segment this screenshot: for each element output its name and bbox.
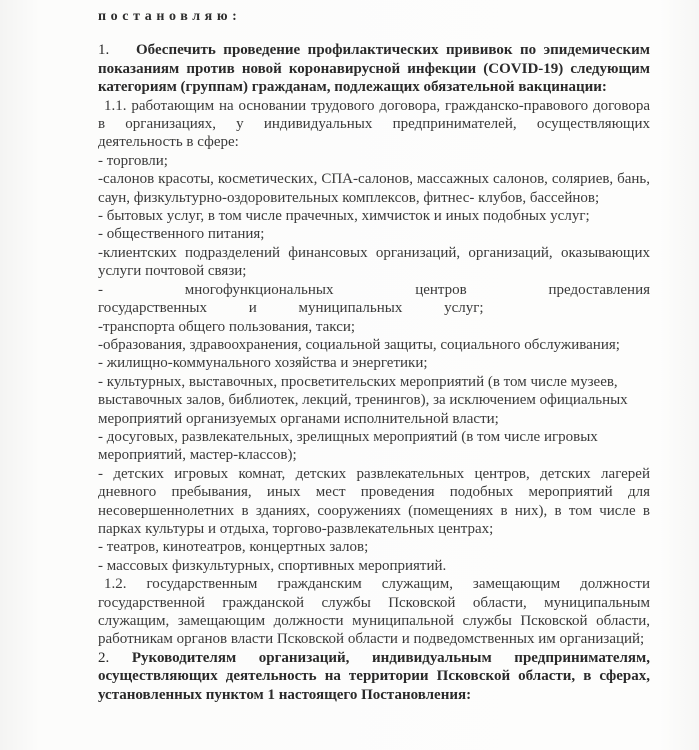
item-1-1-text: работающим на основании трудового догово… <box>98 98 650 151</box>
item-2-text: Руководителям организаций, индивидуальны… <box>98 650 650 703</box>
sphere-item: -клиентских подразделений финансовых орг… <box>98 244 650 281</box>
sphere-item: - бытовых услуг, в том числе прачечных, … <box>98 207 650 225</box>
item-1-text: Обеспечить проведение профилактических п… <box>98 42 650 95</box>
document-body: постановляю: 1.Обеспечить проведение про… <box>98 8 650 704</box>
sphere-item: - общественного питания; <box>98 225 650 243</box>
item-1-1: 1.1. работающим на основании трудового д… <box>98 97 650 152</box>
sphere-item: - массовых физкультурных, спортивных мер… <box>98 557 650 575</box>
document-page: постановляю: 1.Обеспечить проведение про… <box>0 0 699 750</box>
item-1: 1.Обеспечить проведение профилактических… <box>98 41 650 96</box>
item-1-number: 1. <box>98 41 136 59</box>
sphere-item: - досуговых, развлекательных, зрелищных … <box>98 428 650 465</box>
item-2: 2. Руководителям организаций, индивидуал… <box>98 649 650 704</box>
sphere-item: - жилищно-коммунального хозяйства и энер… <box>98 354 650 372</box>
resolution-heading: постановляю: <box>98 8 650 26</box>
sphere-item: - торговли; <box>98 152 650 170</box>
sphere-item: - детских игровых комнат, детских развле… <box>98 465 650 539</box>
item-1-2-number: 1.2. <box>104 576 127 592</box>
sphere-item: - культурных, выставочных, просветительс… <box>98 373 650 428</box>
sphere-item: -салонов красоты, косметических, СПА-сал… <box>98 170 650 207</box>
sphere-item: -образования, здравоохранения, социально… <box>98 336 650 354</box>
sphere-item: -транспорта общего пользования, такси; <box>98 318 650 336</box>
item-1-2: 1.2. государственным гражданским служащи… <box>98 575 650 649</box>
item-2-number: 2. <box>98 650 109 666</box>
sphere-item: - многофункциональных центров предоставл… <box>98 281 650 318</box>
sphere-item: - театров, кинотеатров, концертных залов… <box>98 538 650 556</box>
item-1-1-number: 1.1. <box>104 98 127 114</box>
item-1-2-text: государственным гражданским служащим, за… <box>98 576 650 647</box>
